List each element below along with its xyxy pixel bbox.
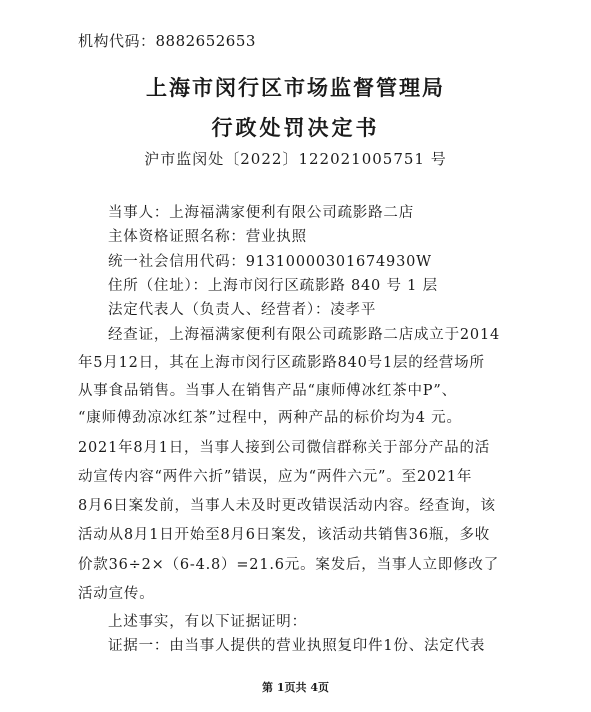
facts-line: 8月6日案发前，当事人未及时更改错误活动内容。经查询，该 (78, 494, 518, 515)
evidence-intro: 上述事实，有以下证据证明： (108, 610, 548, 631)
facts-line: 经查证，上海福满家便利有限公司疏影路二店成立于2014 (108, 323, 548, 344)
party-name: 当事人：上海福满家便利有限公司疏影路二店 (108, 201, 548, 222)
license-type: 主体资格证照名称：营业执照 (108, 225, 548, 246)
facts-line: 从事食品销售。当事人在销售产品“康师傅冰红茶中P”、 (78, 379, 518, 400)
facts-line: “康师傅劲凉冰红茶”过程中，两种产品的标价均为4 元。 (78, 406, 518, 427)
facts-line: 活动从8月1日开始至8月6日案发，该活动共销售36瓶，多收 (78, 523, 518, 544)
credit-code: 统一社会信用代码：91310000301674930W (108, 250, 548, 271)
document-title-type: 行政处罚决定书 (0, 112, 591, 142)
facts-line: 价款36÷2×（6-4.8）=21.6元。案发后，当事人立即修改了 (78, 553, 518, 574)
facts-line: 年5月12日，其在上海市闵行区疏影路840号1层的经营场所 (78, 351, 518, 372)
document-number: 沪市监闵处〔2022〕122021005751 号 (0, 148, 591, 169)
address: 住所（住址）：上海市闵行区疏影路 840 号 1 层 (108, 274, 548, 295)
document-title-agency: 上海市闵行区市场监督管理局 (0, 72, 591, 102)
org-code: 机构代码：8882652653 (78, 30, 256, 51)
facts-line: 2021年8月1日，当事人接到公司微信群称关于部分产品的活 (78, 436, 518, 457)
page-indicator: 第 1页共 4页 (0, 679, 591, 695)
legal-representative: 法定代表人（负责人、经营者）：凌孝平 (108, 298, 548, 319)
facts-line: 活动宣传。 (78, 582, 518, 603)
facts-line: 动宣传内容“两件六折”错误，应为“两件六元”。至2021年 (78, 465, 518, 486)
evidence-item-1: 证据一：由当事人提供的营业执照复印件1份、法定代表 (108, 634, 548, 655)
